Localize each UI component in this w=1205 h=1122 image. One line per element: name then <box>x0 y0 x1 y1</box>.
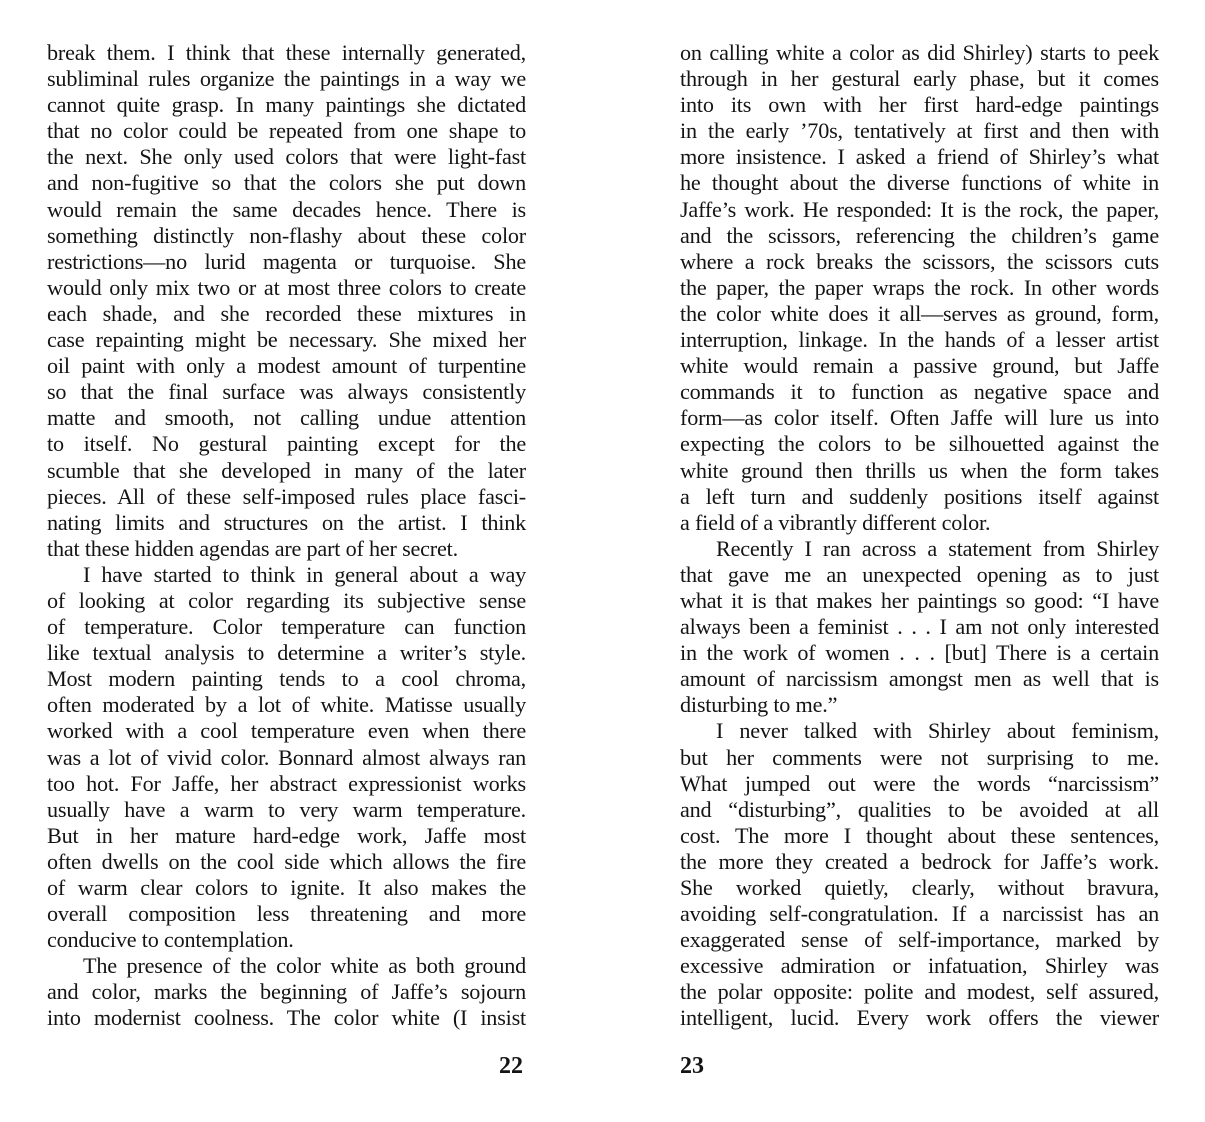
text-line: intelligent, lucid. Every work offers th… <box>680 1005 1159 1031</box>
text-line: a left turn and suddenly positions itsel… <box>680 484 1159 510</box>
text-line: matte and smooth, not calling undue atte… <box>47 405 526 431</box>
left-page-number: 22 <box>499 1050 523 1082</box>
text-line: the next. She only used colors that were… <box>47 144 526 170</box>
text-line: oil paint with only a modest amount of t… <box>47 353 526 379</box>
text-line: but her comments were not surprising to … <box>680 745 1159 771</box>
text-line: conducive to contemplation. <box>47 927 526 953</box>
text-line: case repainting might be necessary. She … <box>47 327 526 353</box>
text-line: the more they created a bedrock for Jaff… <box>680 849 1159 875</box>
text-line: of looking at color regarding its subjec… <box>47 588 526 614</box>
text-line: But in her mature hard-edge work, Jaffe … <box>47 823 526 849</box>
text-line: the paper, the paper wraps the rock. In … <box>680 275 1159 301</box>
text-line: the color white does it all—serves as gr… <box>680 301 1159 327</box>
text-line: through in her gestural early phase, but… <box>680 66 1159 92</box>
right-page-number: 23 <box>680 1050 704 1082</box>
text-line: usually have a warm to very warm tempera… <box>47 797 526 823</box>
text-line: commands it to function as negative spac… <box>680 379 1159 405</box>
text-line: interruption, linkage. In the hands of a… <box>680 327 1159 353</box>
text-line: and non-fugitive so that the colors she … <box>47 170 526 196</box>
text-line: What jumped out were the words “narcissi… <box>680 771 1159 797</box>
text-line: into its own with her first hard-edge pa… <box>680 92 1159 118</box>
text-line: Most modern painting tends to a cool chr… <box>47 666 526 692</box>
text-line: pieces. All of these self-imposed rules … <box>47 484 526 510</box>
text-line: nating limits and structures on the arti… <box>47 510 526 536</box>
text-line: into modernist coolness. The color white… <box>47 1005 526 1031</box>
text-line: what it is that makes her paintings so g… <box>680 588 1159 614</box>
text-line: each shade, and she recorded these mixtu… <box>47 301 526 327</box>
text-line: cost. The more I thought about these sen… <box>680 823 1159 849</box>
text-line: the polar opposite: polite and modest, s… <box>680 979 1159 1005</box>
text-line: of temperature. Color temperature can fu… <box>47 614 526 640</box>
text-line: scumble that she developed in many of th… <box>47 458 526 484</box>
text-line: more insistence. I asked a friend of Shi… <box>680 144 1159 170</box>
text-line: worked with a cool temperature even when… <box>47 718 526 744</box>
text-line: She worked quietly, clearly, without bra… <box>680 875 1159 901</box>
text-line: that gave me an unexpected opening as to… <box>680 562 1159 588</box>
text-line: I have started to think in general about… <box>47 562 526 588</box>
text-line: overall composition less threatening and… <box>47 901 526 927</box>
text-line: and “disturbing”, qualities to be avoide… <box>680 797 1159 823</box>
text-line: break them. I think that these internall… <box>47 40 526 66</box>
text-line: often moderated by a lot of white. Matis… <box>47 692 526 718</box>
right-page-body: on calling white a color as did Shirley)… <box>680 40 1159 1032</box>
text-line: excessive admiration or infatuation, Shi… <box>680 953 1159 979</box>
text-line: that no color could be repeated from one… <box>47 118 526 144</box>
text-line: avoiding self-congratulation. If a narci… <box>680 901 1159 927</box>
text-line: so that the final surface was always con… <box>47 379 526 405</box>
text-line: white would remain a passive ground, but… <box>680 353 1159 379</box>
text-line: exaggerated sense of self-importance, ma… <box>680 927 1159 953</box>
text-line: often dwells on the cool side which allo… <box>47 849 526 875</box>
text-line: disturbing to me.” <box>680 692 1159 718</box>
text-line: restrictions—no lurid magenta or turquoi… <box>47 249 526 275</box>
text-line: I never talked with Shirley about femini… <box>680 718 1159 744</box>
text-line: where a rock breaks the scissors, the sc… <box>680 249 1159 275</box>
text-line: Jaffe’s work. He responded: It is the ro… <box>680 197 1159 223</box>
left-page-body: break them. I think that these internall… <box>47 40 526 1032</box>
text-line: white ground then thrills us when the fo… <box>680 458 1159 484</box>
text-line: like textual analysis to determine a wri… <box>47 640 526 666</box>
text-line: amount of narcissism amongst men as well… <box>680 666 1159 692</box>
text-line: would remain the same decades hence. The… <box>47 197 526 223</box>
text-line: The presence of the color white as both … <box>47 953 526 979</box>
text-line: in the work of women . . . [but] There i… <box>680 640 1159 666</box>
text-line: to itself. No gestural painting except f… <box>47 431 526 457</box>
text-line: and the scissors, referencing the childr… <box>680 223 1159 249</box>
text-line: of warm clear colors to ignite. It also … <box>47 875 526 901</box>
text-line: form—as color itself. Often Jaffe will l… <box>680 405 1159 431</box>
text-line: he thought about the diverse functions o… <box>680 170 1159 196</box>
text-line: in the early ’70s, tentatively at first … <box>680 118 1159 144</box>
text-line: something distinctly non-flashy about th… <box>47 223 526 249</box>
text-line: subliminal rules organize the paintings … <box>47 66 526 92</box>
text-line: on calling white a color as did Shirley)… <box>680 40 1159 66</box>
text-line: that these hidden agendas are part of he… <box>47 536 526 562</box>
text-line: and color, marks the beginning of Jaffe’… <box>47 979 526 1005</box>
text-line: Recently I ran across a statement from S… <box>680 536 1159 562</box>
text-line: expecting the colors to be silhouetted a… <box>680 431 1159 457</box>
text-line: was a lot of vivid color. Bonnard almost… <box>47 745 526 771</box>
text-line: would only mix two or at most three colo… <box>47 275 526 301</box>
text-line: a field of a vibrantly different color. <box>680 510 1159 536</box>
text-line: too hot. For Jaffe, her abstract express… <box>47 771 526 797</box>
text-line: cannot quite grasp. In many paintings sh… <box>47 92 526 118</box>
text-line: always been a feminist . . . I am not on… <box>680 614 1159 640</box>
